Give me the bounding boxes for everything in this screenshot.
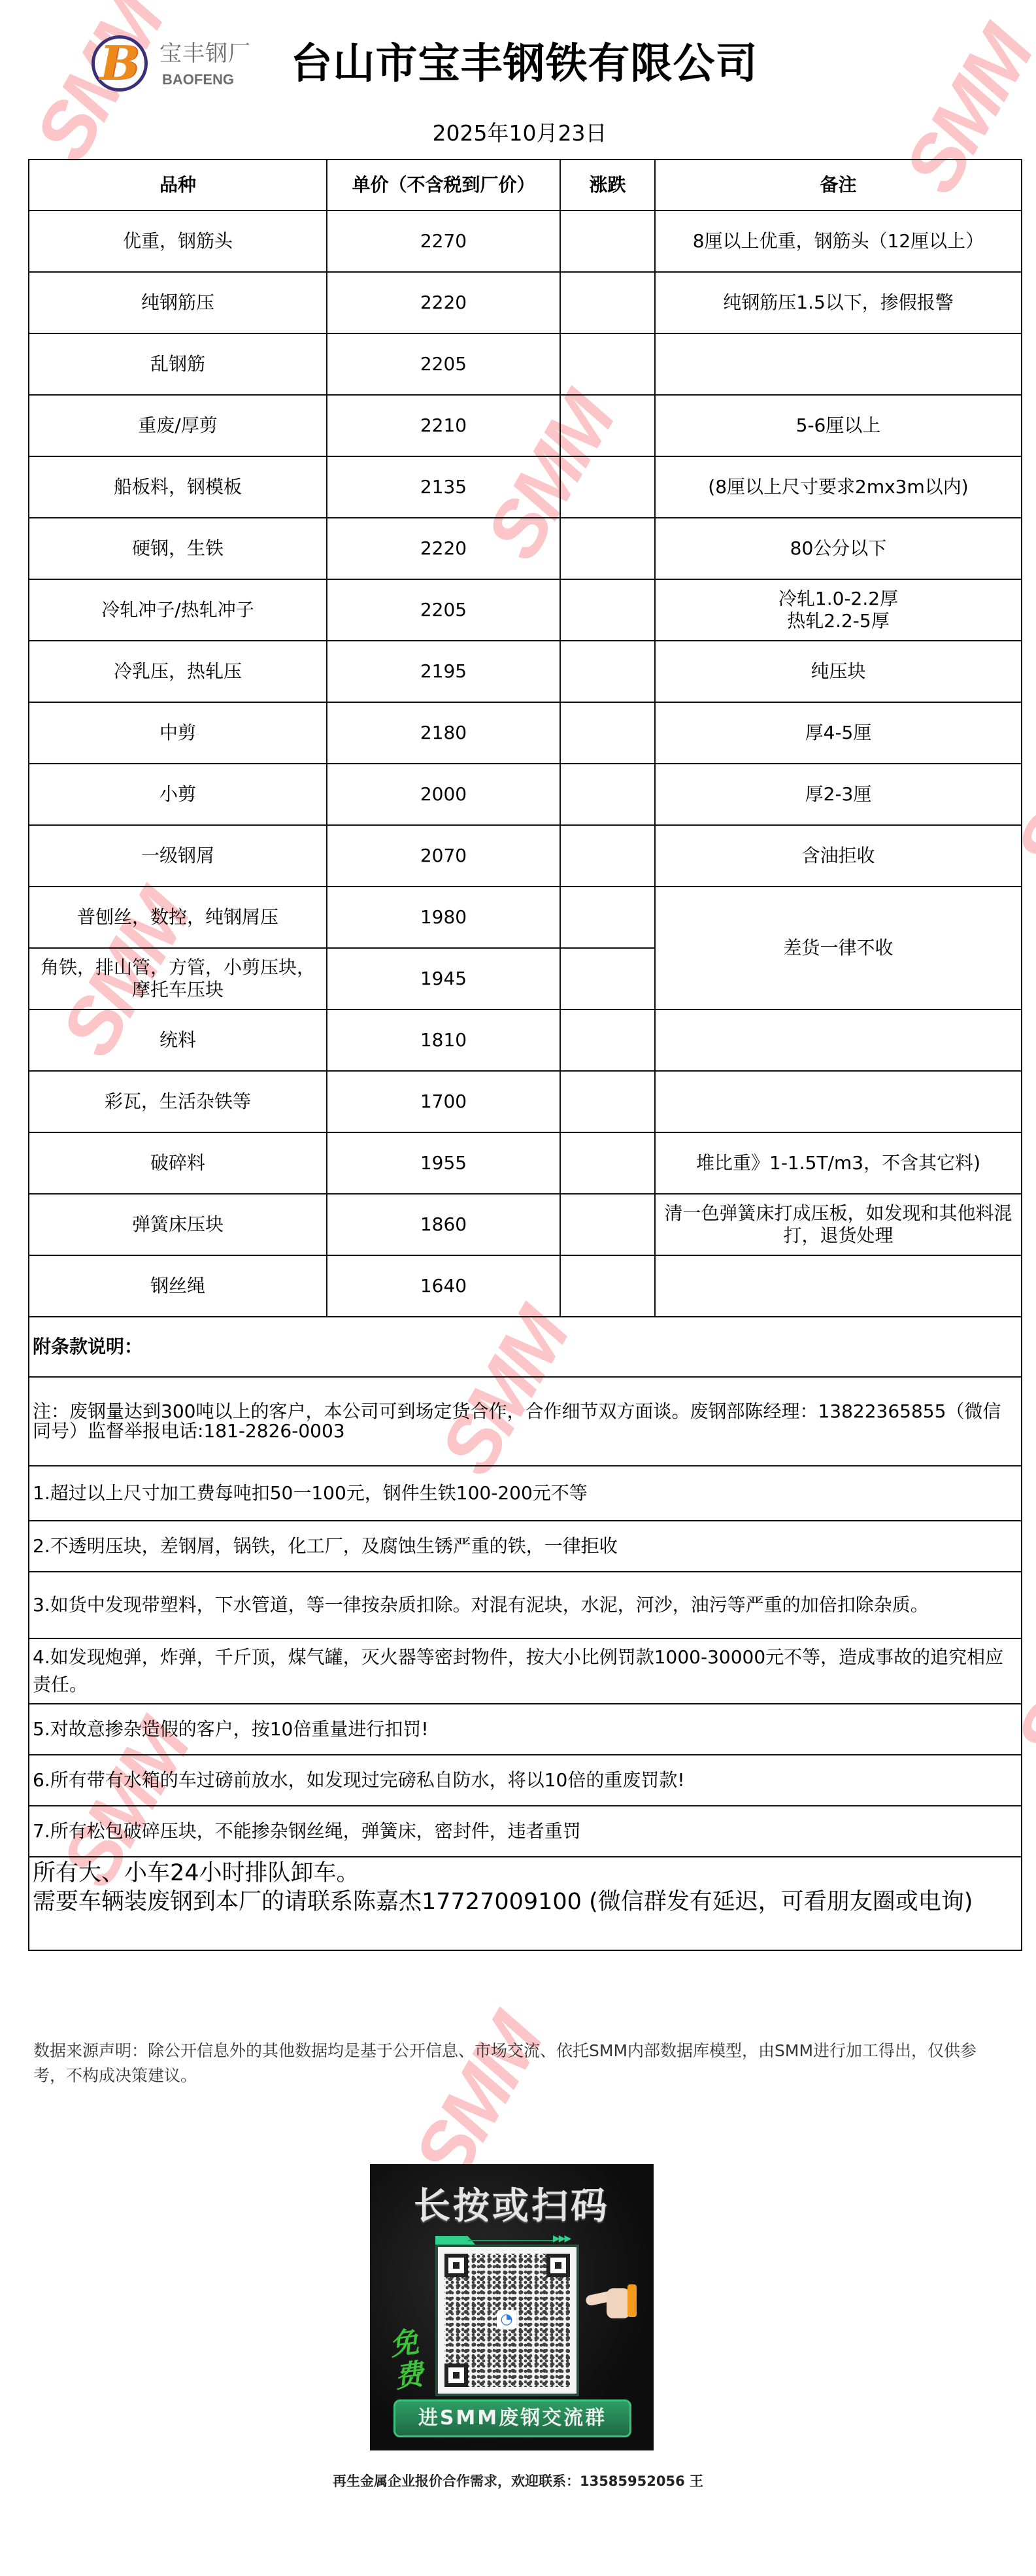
unloading-info: 所有大、小车24小时排队卸车。 需要车辆装废钢到本厂的请联系陈嘉杰1772700… bbox=[29, 1857, 1022, 1950]
price-cell: 2210 bbox=[327, 395, 560, 456]
change-cell bbox=[560, 395, 655, 456]
terms-item-row: 6.所有带有水箱的车过磅前放水，如发现过完磅私自防水，将以10倍的重废罚款! bbox=[29, 1755, 1022, 1806]
terms-item-row: 4.如发现炮弹，炸弹，千斤顶，煤气罐，灭火器等密封物件，按大小比例罚款1000-… bbox=[29, 1638, 1022, 1704]
unloading-row: 所有大、小车24小时排队卸车。 需要车辆装废钢到本厂的请联系陈嘉杰1772700… bbox=[29, 1857, 1022, 1950]
remark-cell bbox=[655, 1071, 1022, 1132]
price-cell: 2270 bbox=[327, 211, 560, 272]
table-row: 统料 1810 bbox=[29, 1009, 1022, 1071]
remark-cell: 厚4-5厘 bbox=[655, 702, 1022, 764]
table-row: 乱钢筋 2205 bbox=[29, 333, 1022, 395]
unloading-contact: 需要车辆装废钢到本厂的请联系陈嘉杰17727009100 (微信群发有延迟，可看… bbox=[33, 1888, 1018, 1916]
table-header-row: 品种 单价（不含税到厂价） 涨跌 备注 bbox=[29, 160, 1022, 211]
terms-item: 6.所有带有水箱的车过磅前放水，如发现过完磅私自防水，将以10倍的重废罚款! bbox=[29, 1755, 1022, 1806]
variety-cell: 纯钢筋压 bbox=[29, 272, 327, 333]
qr-code-pattern: ◔ bbox=[444, 2254, 570, 2387]
remark-cell: 清一色弹簧床打成压板，如发现和其他料混打，退货处理 bbox=[655, 1194, 1022, 1255]
remark-cell: 厚2-3厘 bbox=[655, 764, 1022, 825]
table-row: 普刨丝，数控，纯钢屑压 1980 差货一律不收 bbox=[29, 887, 1022, 948]
table-row: 优重，钢筋头 2270 8厘以上优重，钢筋头（12厘以上） bbox=[29, 211, 1022, 272]
page-header: B 宝丰钢厂 BAOFENG 台山市宝丰钢铁有限公司 2025年10月23日 bbox=[0, 0, 1036, 159]
change-cell bbox=[560, 1255, 655, 1317]
join-group-button[interactable]: 进SMM废钢交流群 bbox=[393, 2399, 631, 2437]
remark-cell: 8厘以上优重，钢筋头（12厘以上） bbox=[655, 211, 1022, 272]
variety-cell: 冷乳压，热轧压 bbox=[29, 641, 327, 702]
variety-cell: 重废/厚剪 bbox=[29, 395, 327, 456]
footer-contact: 再生金属企业报价合作需求，欢迎联系：13585952056 王 bbox=[0, 2471, 1036, 2491]
variety-cell: 彩瓦，生活杂铁等 bbox=[29, 1071, 327, 1132]
variety-cell: 中剪 bbox=[29, 702, 327, 764]
remark-cell bbox=[655, 1255, 1022, 1317]
variety-cell: 一级钢屑 bbox=[29, 825, 327, 887]
price-cell: 1700 bbox=[327, 1071, 560, 1132]
free-badge: 免费 bbox=[382, 2325, 430, 2395]
price-table: 品种 单价（不含税到厂价） 涨跌 备注 优重，钢筋头 2270 8厘以上优重，钢… bbox=[28, 159, 1022, 1951]
variety-cell: 冷轧冲子/热轧冲子 bbox=[29, 579, 327, 641]
price-cell: 2000 bbox=[327, 764, 560, 825]
remark-cell: 纯压块 bbox=[655, 641, 1022, 702]
price-cell: 1810 bbox=[327, 1009, 560, 1071]
price-cell: 1955 bbox=[327, 1132, 560, 1194]
remark-cell: 纯钢筋压1.5以下，掺假报警 bbox=[655, 272, 1022, 333]
terms-item-row: 7.所有松包破碎压块，不能掺杂钢丝绳，弹簧床，密封件，违者重罚 bbox=[29, 1806, 1022, 1857]
price-cell: 2180 bbox=[327, 702, 560, 764]
change-cell bbox=[560, 1071, 655, 1132]
table-row: 冷轧冲子/热轧冲子 2205 冷轧1.0-2.2厚 热轧2.2-5厚 bbox=[29, 579, 1022, 641]
price-cell: 2205 bbox=[327, 579, 560, 641]
change-cell bbox=[560, 1194, 655, 1255]
terms-item-row: 2.不透明压块，差钢屑，锅铁，化工厂，及腐蚀生锈严重的铁，一律拒收 bbox=[29, 1521, 1022, 1572]
table-row: 中剪 2180 厚4-5厘 bbox=[29, 702, 1022, 764]
remark-cell-merged: 差货一律不收 bbox=[655, 887, 1022, 1009]
variety-cell: 弹簧床压块 bbox=[29, 1194, 327, 1255]
table-row: 冷乳压，热轧压 2195 纯压块 bbox=[29, 641, 1022, 702]
arrow-right-icon: ▶▶▶ bbox=[553, 2233, 570, 2244]
remark-cell: 冷轧1.0-2.2厚 热轧2.2-5厚 bbox=[655, 579, 1022, 641]
remark-cell: 堆比重》1-1.5T/m3，不含其它料) bbox=[655, 1132, 1022, 1194]
report-date: 2025年10月23日 bbox=[0, 118, 1036, 149]
terms-note-row: 注：废钢量达到300吨以上的客户，本公司可到场定货合作，合作细节双方面谈。废钢部… bbox=[29, 1377, 1022, 1466]
variety-cell: 普刨丝，数控，纯钢屑压 bbox=[29, 887, 327, 948]
variety-cell: 船板料，钢模板 bbox=[29, 456, 327, 518]
change-cell bbox=[560, 641, 655, 702]
banner-line-decoration bbox=[468, 2240, 553, 2241]
change-cell bbox=[560, 518, 655, 579]
table-row: 破碎料 1955 堆比重》1-1.5T/m3，不含其它料) bbox=[29, 1132, 1022, 1194]
price-cell: 2195 bbox=[327, 641, 560, 702]
terms-item: 4.如发现炮弹，炸弹，千斤顶，煤气罐，灭火器等密封物件，按大小比例罚款1000-… bbox=[29, 1638, 1022, 1704]
change-cell bbox=[560, 272, 655, 333]
table-row: 小剪 2000 厚2-3厘 bbox=[29, 764, 1022, 825]
column-header-price: 单价（不含税到厂价） bbox=[327, 160, 560, 211]
qr-finder-icon bbox=[444, 2364, 468, 2387]
table-row: 重废/厚剪 2210 5-6厘以上 bbox=[29, 395, 1022, 456]
smm-group-qr-banner[interactable]: 长按或扫码 ▶▶▶ ◔ 免费 进SMM废钢交流群 bbox=[370, 2164, 654, 2450]
change-cell bbox=[560, 887, 655, 948]
variety-cell: 角铁，排山管，方管，小剪压块，摩托车压块 bbox=[29, 948, 327, 1009]
remark-cell bbox=[655, 333, 1022, 395]
terms-note: 注：废钢量达到300吨以上的客户，本公司可到场定货合作，合作细节双方面谈。废钢部… bbox=[29, 1377, 1022, 1466]
terms-heading: 附条款说明： bbox=[29, 1317, 1022, 1377]
terms-item: 2.不透明压块，差钢屑，锅铁，化工厂，及腐蚀生锈严重的铁，一律拒收 bbox=[29, 1521, 1022, 1572]
terms-item: 7.所有松包破碎压块，不能掺杂钢丝绳，弹簧床，密封件，违者重罚 bbox=[29, 1806, 1022, 1857]
change-cell bbox=[560, 211, 655, 272]
change-cell bbox=[560, 702, 655, 764]
banner-title: 长按或扫码 bbox=[370, 2184, 654, 2229]
change-cell bbox=[560, 456, 655, 518]
table-row: 弹簧床压块 1860 清一色弹簧床打成压板，如发现和其他料混打，退货处理 bbox=[29, 1194, 1022, 1255]
column-header-remark: 备注 bbox=[655, 160, 1022, 211]
terms-heading-row: 附条款说明： bbox=[29, 1317, 1022, 1377]
terms-item-row: 3.如货中发现带塑料，下水管道，等一律按杂质扣除。对混有泥块，水泥，河沙，油污等… bbox=[29, 1572, 1022, 1638]
table-row: 一级钢屑 2070 含油拒收 bbox=[29, 825, 1022, 887]
column-header-change: 涨跌 bbox=[560, 160, 655, 211]
change-cell bbox=[560, 825, 655, 887]
price-cell: 1860 bbox=[327, 1194, 560, 1255]
table-row: 船板料，钢模板 2135 (8厘以上尺寸要求2mx3m以内) bbox=[29, 456, 1022, 518]
table-row: 硬钢，生铁 2220 80公分以下 bbox=[29, 518, 1022, 579]
remark-line: 热轧2.2-5厚 bbox=[658, 610, 1018, 632]
price-cell: 2070 bbox=[327, 825, 560, 887]
terms-item: 3.如货中发现带塑料，下水管道，等一律按杂质扣除。对混有泥块，水泥，河沙，油污等… bbox=[29, 1572, 1022, 1638]
variety-cell: 硬钢，生铁 bbox=[29, 518, 327, 579]
chat-icon: ◔ bbox=[497, 2310, 516, 2330]
qr-finder-icon bbox=[444, 2254, 468, 2277]
variety-cell: 钢丝绳 bbox=[29, 1255, 327, 1317]
price-cell: 1980 bbox=[327, 887, 560, 948]
pointing-hand-icon bbox=[579, 2275, 638, 2328]
price-cell: 2205 bbox=[327, 333, 560, 395]
variety-cell: 统料 bbox=[29, 1009, 327, 1071]
table-row: 纯钢筋压 2220 纯钢筋压1.5以下，掺假报警 bbox=[29, 272, 1022, 333]
variety-cell: 小剪 bbox=[29, 764, 327, 825]
variety-cell: 优重，钢筋头 bbox=[29, 211, 327, 272]
variety-cell: 乱钢筋 bbox=[29, 333, 327, 395]
change-cell bbox=[560, 948, 655, 1009]
remark-cell: 含油拒收 bbox=[655, 825, 1022, 887]
remark-cell: 5-6厘以上 bbox=[655, 395, 1022, 456]
qr-finder-icon bbox=[546, 2254, 570, 2277]
company-title: 台山市宝丰钢铁有限公司 bbox=[0, 38, 1036, 90]
price-cell: 1640 bbox=[327, 1255, 560, 1317]
terms-item: 5.对故意掺杂造假的客户，按10倍重量进行扣罚! bbox=[29, 1704, 1022, 1755]
unloading-line: 所有大、小车24小时排队卸车。 bbox=[33, 1859, 1018, 1888]
table-row: 钢丝绳 1640 bbox=[29, 1255, 1022, 1317]
price-cell: 2220 bbox=[327, 518, 560, 579]
remark-cell bbox=[655, 1009, 1022, 1071]
change-cell bbox=[560, 1009, 655, 1071]
terms-item-row: 5.对故意掺杂造假的客户，按10倍重量进行扣罚! bbox=[29, 1704, 1022, 1755]
terms-item-row: 1.超过以上尺寸加工费每吨扣50一100元，钢件生铁100-200元不等 bbox=[29, 1466, 1022, 1521]
remark-cell: 80公分以下 bbox=[655, 518, 1022, 579]
column-header-variety: 品种 bbox=[29, 160, 327, 211]
data-source-disclaimer: 数据来源声明：除公开信息外的其他数据均是基于公开信息、市场交流、依托SMM内部数… bbox=[33, 2039, 1007, 2088]
price-cell: 1945 bbox=[327, 948, 560, 1009]
price-cell: 2135 bbox=[327, 456, 560, 518]
change-cell bbox=[560, 333, 655, 395]
change-cell bbox=[560, 764, 655, 825]
remark-cell: (8厘以上尺寸要求2mx3m以内) bbox=[655, 456, 1022, 518]
variety-cell: 破碎料 bbox=[29, 1132, 327, 1194]
qr-code[interactable]: ◔ bbox=[435, 2245, 579, 2396]
remark-line: 冷轧1.0-2.2厚 bbox=[658, 588, 1018, 610]
price-cell: 2220 bbox=[327, 272, 560, 333]
terms-item: 1.超过以上尺寸加工费每吨扣50一100元，钢件生铁100-200元不等 bbox=[29, 1466, 1022, 1521]
change-cell bbox=[560, 1132, 655, 1194]
table-row: 彩瓦，生活杂铁等 1700 bbox=[29, 1071, 1022, 1132]
change-cell bbox=[560, 579, 655, 641]
